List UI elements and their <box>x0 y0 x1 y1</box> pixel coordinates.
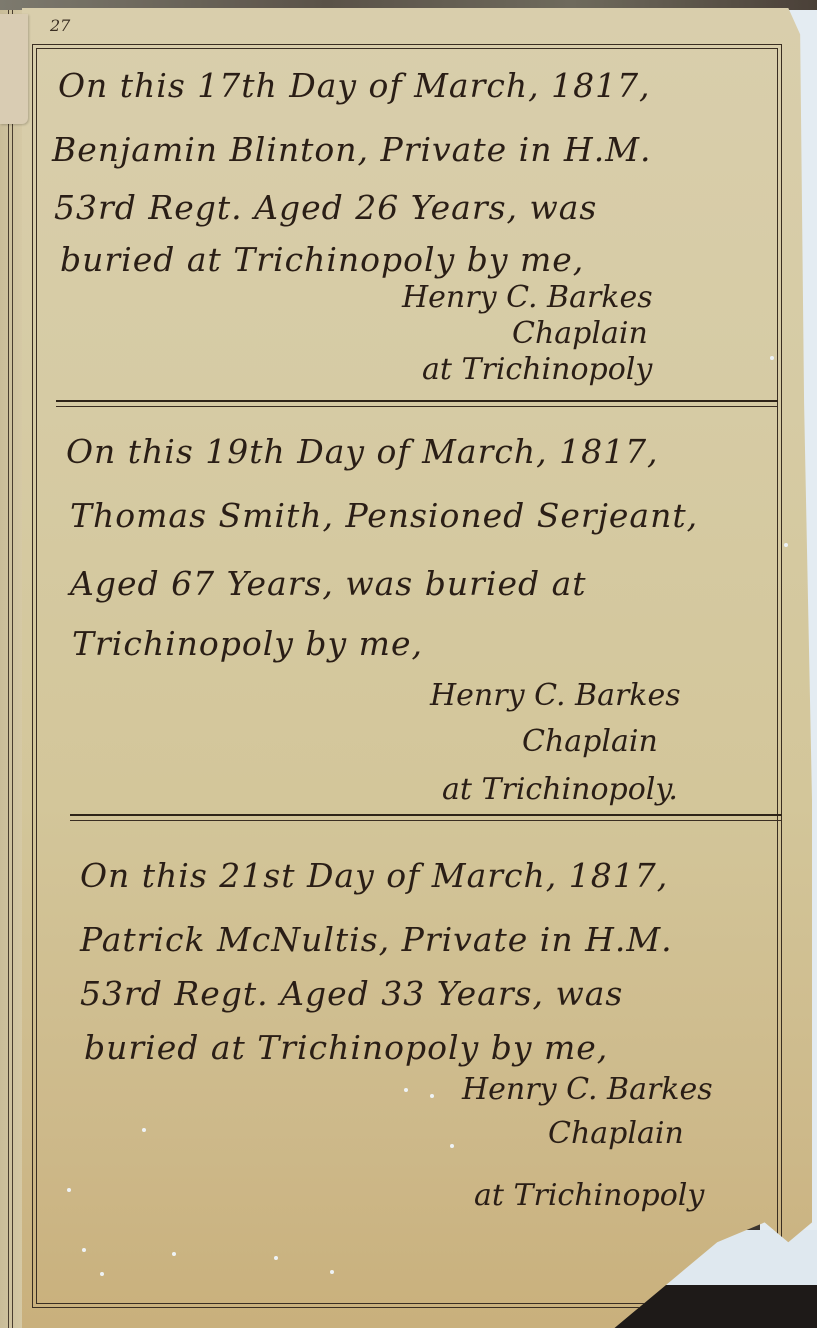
paper-hole <box>100 1272 104 1276</box>
paper-hole <box>784 543 788 547</box>
paper-hole <box>430 1094 434 1098</box>
paper-hole <box>330 1270 334 1274</box>
paper-hole <box>82 1248 86 1252</box>
register-page: 27 On this 17th Day of March, 1817, Benj… <box>22 8 812 1328</box>
paper-hole <box>67 1188 71 1192</box>
entry-2-signature-place: at Trichinopoly. <box>442 772 678 807</box>
entry-1-line-1: On this 17th Day of March, 1817, <box>58 66 651 105</box>
entry-2-line-3: Aged 67 Years, was buried at <box>70 564 587 603</box>
paper-hole <box>172 1252 176 1256</box>
paper-hole <box>450 1144 454 1148</box>
entry-2-line-1: On this 19th Day of March, 1817, <box>66 432 659 471</box>
entry-2-signature-title: Chaplain <box>522 724 658 759</box>
entry-1-line-2: Benjamin Blinton, Private in H.M. <box>52 130 651 169</box>
paper-hole <box>274 1256 278 1260</box>
page-tab-flap <box>0 14 28 124</box>
entry-2-signature-name: Henry C. Barkes <box>430 678 681 713</box>
entry-1-signature-place: at Trichinopoly <box>422 352 652 387</box>
entry-3-signature-title: Chaplain <box>548 1116 684 1151</box>
entry-3-line-3: 53rd Regt. Aged 33 Years, was <box>80 974 623 1013</box>
entry-3-line-4: buried at Trichinopoly by me, <box>84 1028 608 1067</box>
entry-divider-1 <box>56 400 778 407</box>
entry-2-line-2: Thomas Smith, Pensioned Serjeant, <box>70 496 698 535</box>
entry-2-line-4: Trichinopoly by me, <box>72 624 423 663</box>
entry-3-line-2: Patrick McNultis, Private in H.M. <box>80 920 673 959</box>
entry-1-line-4: buried at Trichinopoly by me, <box>60 240 584 279</box>
paper-hole <box>142 1128 146 1132</box>
entry-1-signature-name: Henry C. Barkes <box>402 280 653 315</box>
entry-3-line-1: On this 21st Day of March, 1817, <box>80 856 668 895</box>
paper-hole <box>770 356 774 360</box>
entry-1-line-3: 53rd Regt. Aged 26 Years, was <box>54 188 597 227</box>
entry-3-signature-name: Henry C. Barkes <box>462 1072 713 1107</box>
folio-mark: 27 <box>50 16 70 35</box>
entry-divider-2 <box>70 814 782 821</box>
entry-3-signature-place: at Trichinopoly <box>474 1178 704 1213</box>
paper-hole <box>404 1088 408 1092</box>
entry-1-signature-title: Chaplain <box>512 316 648 351</box>
